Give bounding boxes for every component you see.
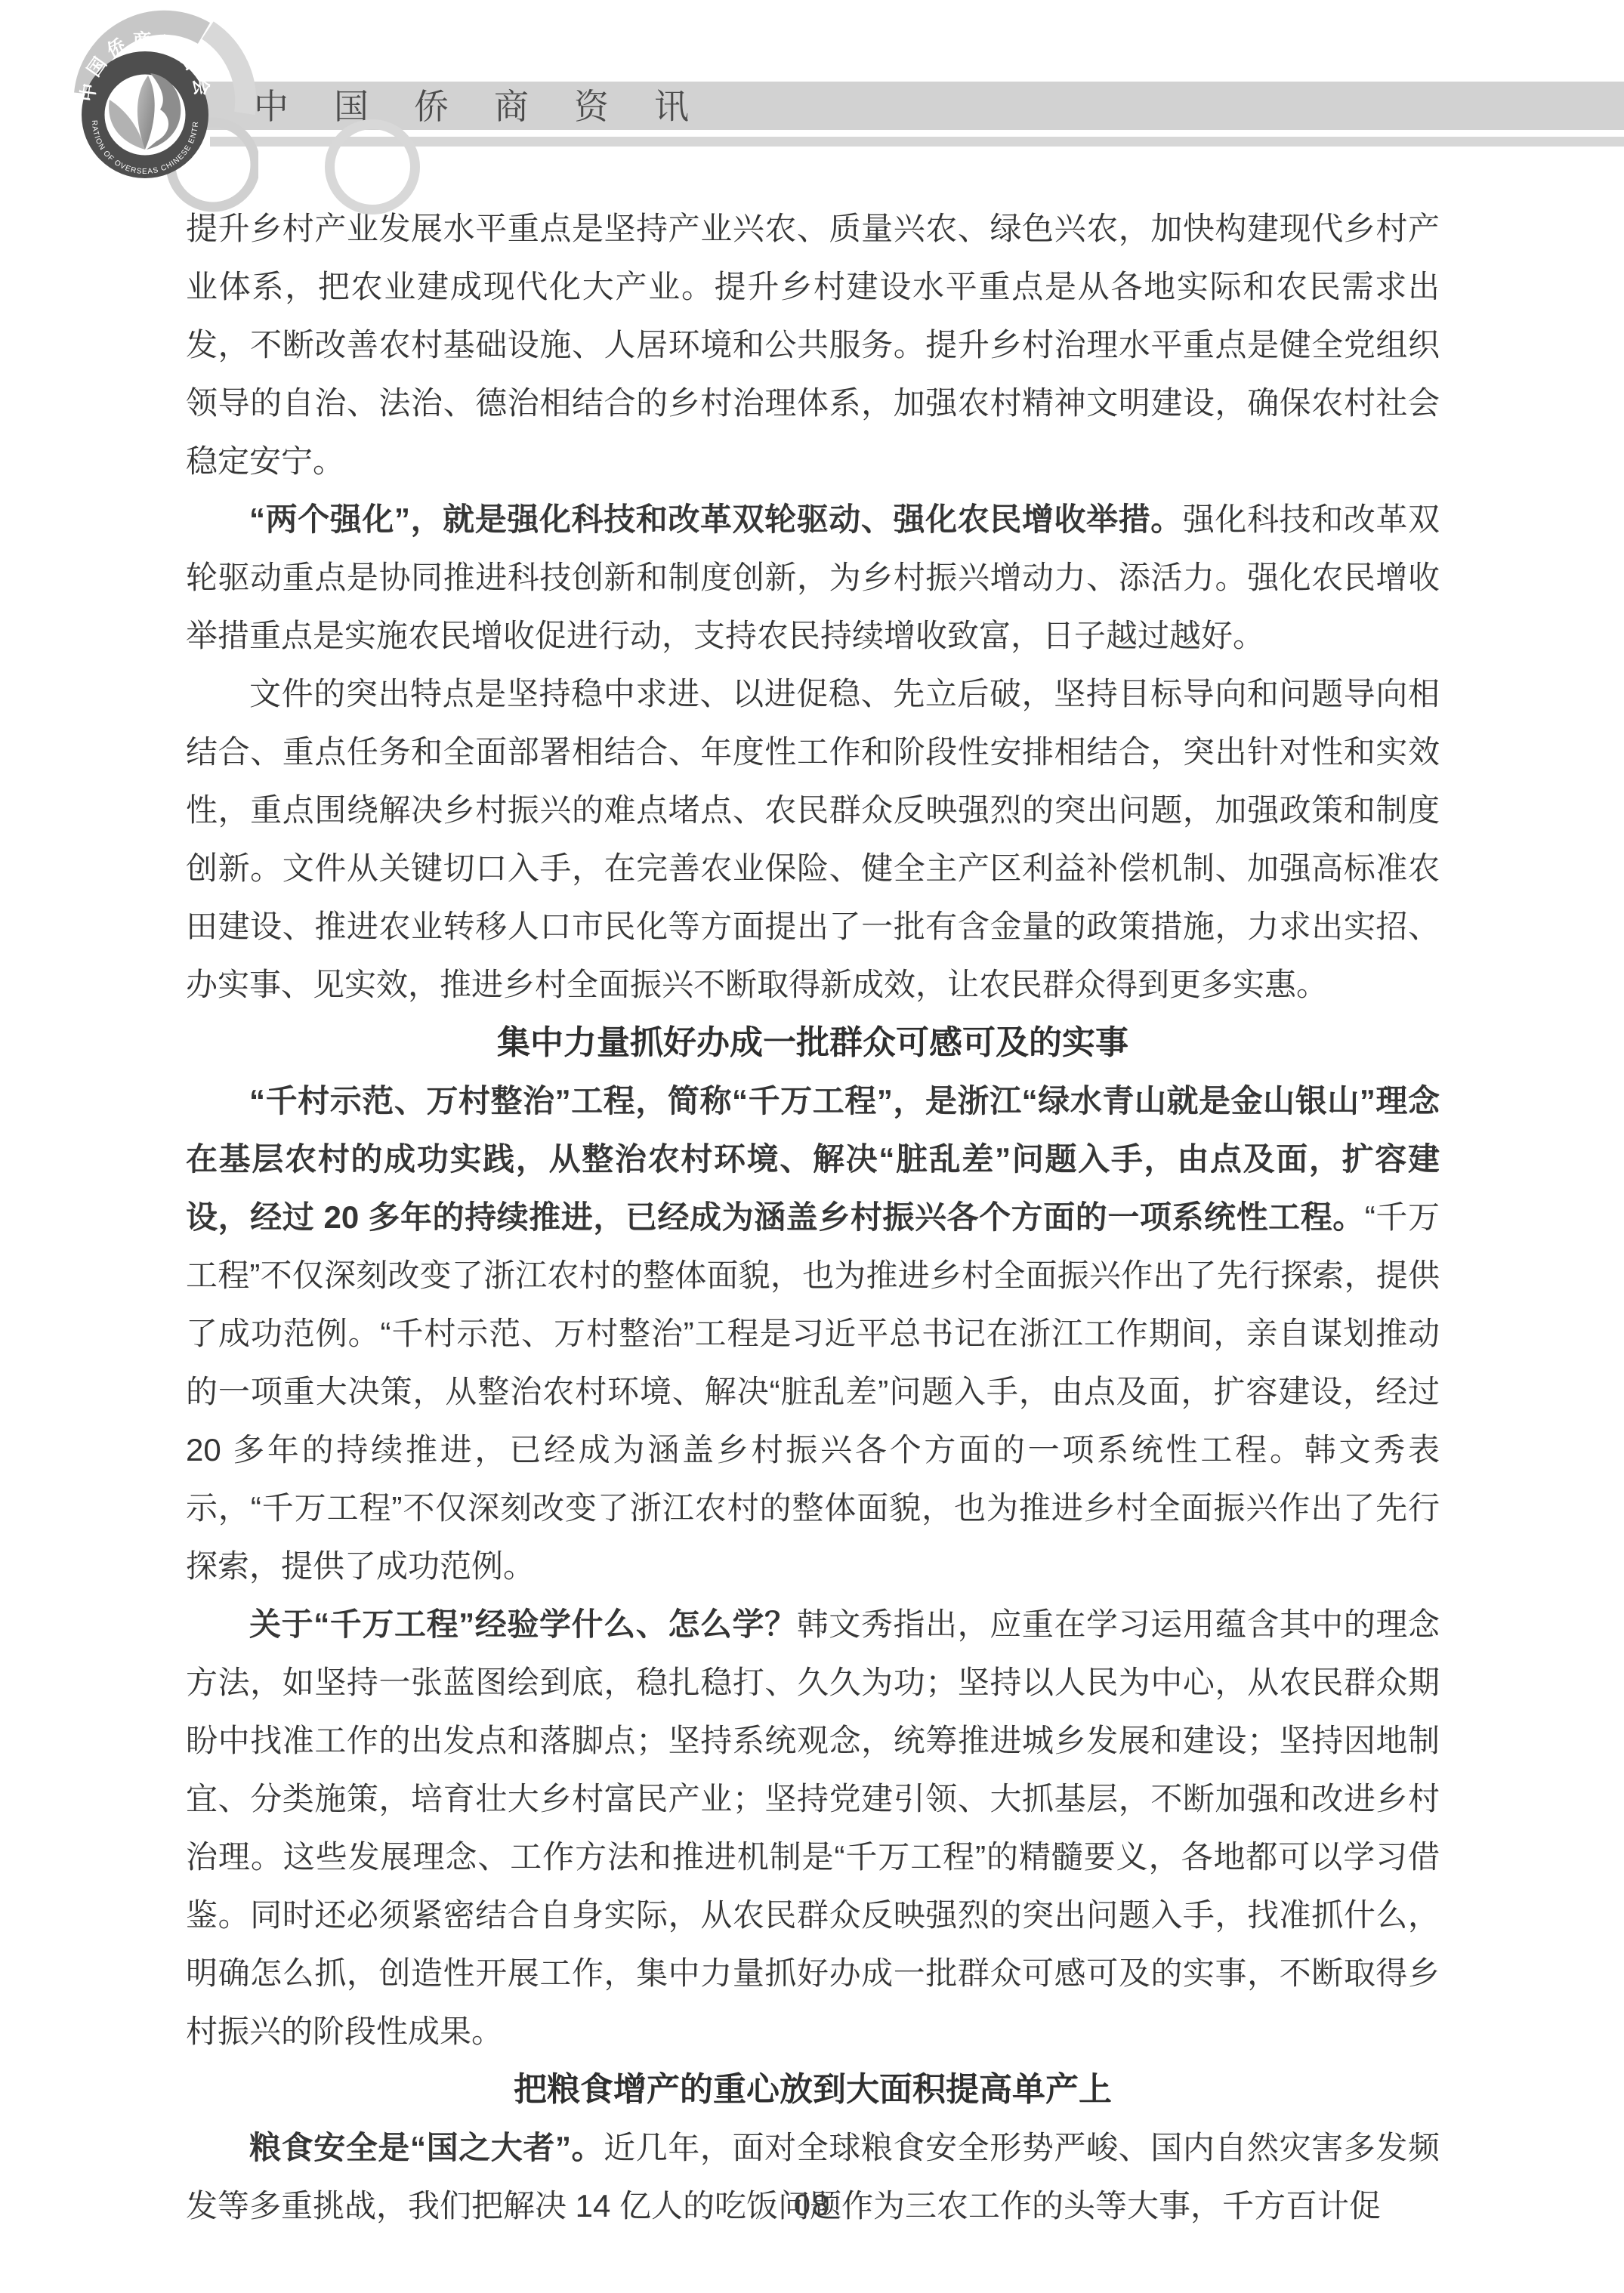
- logo-emblem-icon: 中国侨商联合会 CHINA FEDERATION OF OVERSEAS CHI…: [32, 2, 258, 228]
- page-number: 08: [0, 2189, 1624, 2223]
- page: { "header": { "banner_title": "中国侨商资讯", …: [0, 0, 1624, 2293]
- section-heading: 集中力量抓好办成一批群众可感可及的实事: [186, 1014, 1440, 1072]
- logo: 中国侨商联合会 CHINA FEDERATION OF OVERSEAS CHI…: [32, 2, 258, 228]
- text-segment: “两个强化”，就是强化科技和改革双轮驱动、强化农民增收举措。: [249, 501, 1183, 537]
- text-segment: 集中力量抓好办成一批群众可感可及的实事: [497, 1024, 1128, 1061]
- text-segment: 文件的突出特点是坚持稳中求进、以进促稳、先立后破，坚持目标导向和问题导向相结合、…: [186, 676, 1440, 1002]
- text-segment: 粮食安全是“国之大者”。: [249, 2130, 604, 2165]
- text-segment: “千村示范、万村整治”工程，简称“千万工程”，是浙江“绿水青山就是金山银山”理念…: [186, 1083, 1440, 1235]
- text-segment: “千万工程”不仅深刻改变了浙江农村的整体面貌，也为推进乡村全面振兴作出了先行探索…: [186, 1199, 1440, 1584]
- paragraph: 提升乡村产业发展水平重点是坚持产业兴农、质量兴农、绿色兴农，加快构建现代乡村产业…: [186, 199, 1440, 490]
- paragraph: “千村示范、万村整治”工程，简称“千万工程”，是浙江“绿水青山就是金山银山”理念…: [186, 1072, 1440, 1595]
- logo-swoosh-light: [208, 30, 245, 113]
- text-segment: 韩文秀指出，应重在学习运用蕴含其中的理念方法，如坚持一张蓝图绘到底，稳扎稳打、久…: [186, 1606, 1440, 2049]
- header-band-underline: [210, 137, 1624, 147]
- section-heading: 把粮食增产的重心放到大面积提高单产上: [186, 2060, 1440, 2119]
- decorative-circle: [325, 119, 420, 214]
- article-body: 提升乡村产业发展水平重点是坚持产业兴农、质量兴农、绿色兴农，加快构建现代乡村产业…: [186, 199, 1440, 2235]
- paragraph: 文件的突出特点是坚持稳中求进、以进促稳、先立后破，坚持目标导向和问题导向相结合、…: [186, 665, 1440, 1014]
- paragraph: “两个强化”，就是强化科技和改革双轮驱动、强化农民增收举措。强化科技和改革双轮驱…: [186, 490, 1440, 665]
- paragraph: 关于“千万工程”经验学什么、怎么学？韩文秀指出，应重在学习运用蕴含其中的理念方法…: [186, 1595, 1440, 2060]
- text-segment: 把粮食增产的重心放到大面积提高单产上: [514, 2071, 1112, 2108]
- text-segment: 提升乡村产业发展水平重点是坚持产业兴农、质量兴农、绿色兴农，加快构建现代乡村产业…: [186, 211, 1440, 479]
- header-band-title: 中国侨商资讯: [254, 82, 734, 130]
- text-segment: 关于“千万工程”经验学什么、怎么学？: [249, 1606, 797, 1642]
